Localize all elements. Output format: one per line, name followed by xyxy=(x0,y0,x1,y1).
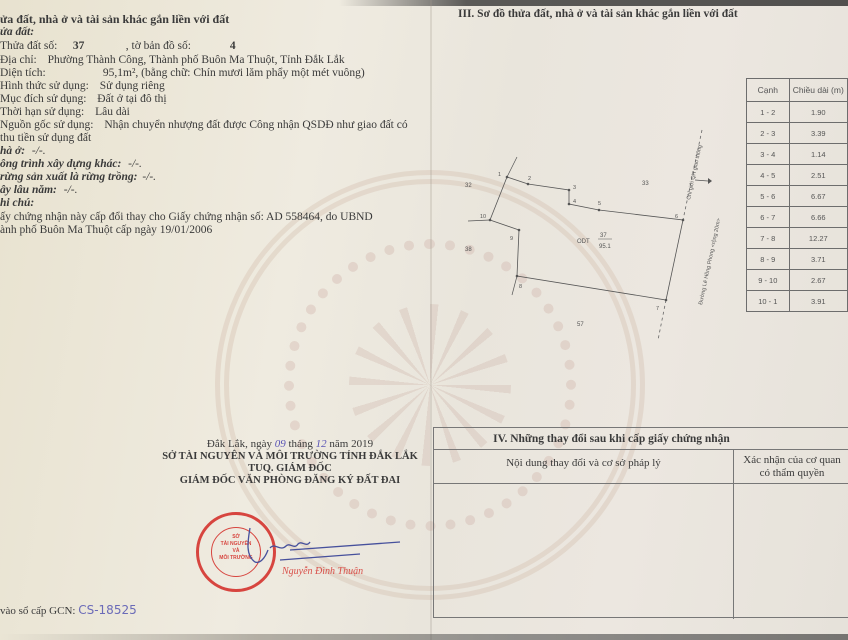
origin-label: Nguồn gốc sử dụng: xyxy=(0,119,93,131)
issuing-authority: SỞ TÀI NGUYÊN VÀ MÔI TRƯỜNG TỈNH ĐẮK LẮK xyxy=(140,451,440,462)
header-length: Chiều dài (m) xyxy=(789,79,847,102)
neighbor-parcel: 33 xyxy=(642,181,649,187)
edge-cell: 4 - 5 xyxy=(747,165,790,186)
edge-cell: 7 - 8 xyxy=(747,228,790,249)
parcel-land-code: ODT xyxy=(577,239,590,245)
changes-title: IV. Những thay đổi sau khi cấp giấy chứn… xyxy=(434,428,848,450)
perennial-value: -/-. xyxy=(64,184,78,196)
length-cell: 2.51 xyxy=(789,165,847,186)
usage-form-label: Hình thức sử dụng: xyxy=(0,80,89,92)
usage-term-row: Thời hạn sử dụng: Lâu dài xyxy=(0,106,130,118)
gcn-label: vào sổ cấp GCN: xyxy=(0,605,75,617)
table-row: 7 - 812.27 xyxy=(747,228,848,249)
changes-table: IV. Những thay đổi sau khi cấp giấy chứn… xyxy=(433,427,848,618)
length-cell: 2.67 xyxy=(789,270,847,291)
issue-date: Đắk Lắk, ngày 09 tháng 12 năm 2019 xyxy=(140,438,440,450)
map-label: , tờ bản đồ số: xyxy=(126,40,191,52)
date-month: 12 xyxy=(316,438,327,450)
table-row: 1 - 21.90 xyxy=(747,102,848,123)
notes-label: hi chú: xyxy=(0,197,34,209)
length-cell: 12.27 xyxy=(789,228,847,249)
forest-row: rừng sản xuất là rừng trồng: -/-. xyxy=(0,171,156,183)
parcel-diagram: 1 2 3 4 5 6 7 8 9 10 32 33 38 57 ODT 37 … xyxy=(440,100,740,340)
gcn-register: vào sổ cấp GCN: CS-18525 xyxy=(0,603,137,617)
date-month-label: tháng xyxy=(288,438,312,450)
house-value: -/-. xyxy=(32,145,46,157)
table-row: 4 - 52.51 xyxy=(747,165,848,186)
perennial-label: ây lâu năm: xyxy=(0,184,57,196)
other-works-value: -/-. xyxy=(128,158,142,170)
header-edge: Cạnh xyxy=(747,79,790,102)
point-label: 10 xyxy=(480,214,486,220)
address-value: Phường Thành Công, Thành phố Buôn Ma Thu… xyxy=(48,54,345,66)
changes-col-content: Nội dung thay đổi và cơ sở pháp lý xyxy=(434,450,734,484)
signature-block: Đắk Lắk, ngày 09 tháng 12 năm 2019 SỞ TÀ… xyxy=(140,438,440,486)
length-cell: 3.91 xyxy=(789,291,847,312)
parcel-row: Thửa đất số: 37 , tờ bản đồ số: 4 xyxy=(0,40,236,52)
road-label: Đường Lê Hồng Phong <rộng 20m> xyxy=(698,218,722,306)
neighbor-parcel: 57 xyxy=(577,322,584,328)
length-cell: 3.39 xyxy=(789,123,847,144)
section-heading: ửa đất, nhà ở và tài sản khác gắn liền v… xyxy=(0,12,229,27)
changes-confirmation-cell xyxy=(734,484,848,619)
perennial-row: ây lâu năm: -/-. xyxy=(0,184,77,196)
page-fold xyxy=(430,0,432,640)
parcel-number: 37 xyxy=(73,40,123,52)
confirmation-line-1: Xác nhận của cơ quan xyxy=(734,454,848,467)
point-label: 5 xyxy=(598,201,601,207)
house-row: hà ở: -/-. xyxy=(0,145,46,157)
usage-form-row: Hình thức sử dụng: Sử dụng riêng xyxy=(0,80,165,92)
other-works-row: ông trình xây dựng khác: -/-. xyxy=(0,158,142,170)
authority-title: TUQ. GIÁM ĐỐC xyxy=(140,463,440,474)
house-label: hà ở: xyxy=(0,145,25,157)
date-day: 09 xyxy=(275,438,286,450)
point-label: 1 xyxy=(498,172,501,178)
usage-purpose-label: Mục đích sử dụng: xyxy=(0,93,86,105)
edge-length-table: Cạnh Chiều dài (m) 1 - 21.902 - 33.393 -… xyxy=(746,78,848,312)
table-row: 10 - 13.91 xyxy=(747,291,848,312)
point-label: 4 xyxy=(573,199,576,205)
area-label: Diện tích: xyxy=(0,67,62,79)
usage-purpose-row: Mục đích sử dụng: Đất ở tại đô thị xyxy=(0,93,167,105)
other-works-label: ông trình xây dựng khác: xyxy=(0,158,121,170)
table-row: 9 - 102.67 xyxy=(747,270,848,291)
notes-line-2: ành phố Buôn Ma Thuột cấp ngày 19/01/200… xyxy=(0,224,212,236)
usage-form-value: Sử dụng riêng xyxy=(100,80,165,92)
neighbor-parcel: 32 xyxy=(465,183,472,189)
office-title: GIÁM ĐỐC VĂN PHÒNG ĐĂNG KÝ ĐẤT ĐAI xyxy=(140,475,440,486)
boundary-label: Chỉ giới QH giao thông xyxy=(685,144,703,200)
origin-row-cont: thu tiền sử dụng đất xyxy=(0,132,91,144)
photo-edge-top xyxy=(0,0,848,6)
edge-cell: 5 - 6 xyxy=(747,186,790,207)
length-cell: 1.14 xyxy=(789,144,847,165)
edge-cell: 6 - 7 xyxy=(747,207,790,228)
map-number: 4 xyxy=(230,40,236,52)
table-row: 5 - 66.67 xyxy=(747,186,848,207)
origin-row: Nguồn gốc sử dụng: Nhận chuyển nhượng đấ… xyxy=(0,119,408,131)
table-header-row: Cạnh Chiều dài (m) xyxy=(747,79,848,102)
usage-term-label: Thời hạn sử dụng: xyxy=(0,106,84,118)
photo-edge-bottom xyxy=(0,634,848,640)
notes-line-1: ấy chứng nhận này cấp đổi thay cho Giấy … xyxy=(0,211,373,223)
usage-term-value: Lâu dài xyxy=(95,106,130,118)
plan-title: III. Sơ đồ thửa đất, nhà ở và tài sản kh… xyxy=(458,8,738,20)
point-label: 7 xyxy=(656,306,659,312)
length-cell: 3.71 xyxy=(789,249,847,270)
area-row: Diện tích: 95,1m², (bằng chữ: Chín mươi … xyxy=(0,67,365,79)
address-row: Địa chỉ: Phường Thành Công, Thành phố Bu… xyxy=(0,54,345,66)
subheading: ửa đất: xyxy=(0,26,34,38)
point-label: 6 xyxy=(675,214,678,220)
edge-cell: 2 - 3 xyxy=(747,123,790,144)
parcel-number-label: 37 xyxy=(600,233,607,239)
point-label: 8 xyxy=(519,284,522,290)
signer-name: Nguyễn Đình Thuận xyxy=(282,566,363,577)
point-label: 9 xyxy=(510,236,513,242)
confirmation-line-2: có thẩm quyền xyxy=(734,467,848,480)
forest-value: -/-. xyxy=(142,171,156,183)
edge-cell: 9 - 10 xyxy=(747,270,790,291)
changes-content-cell xyxy=(434,484,734,619)
address-label: Địa chỉ: xyxy=(0,54,37,66)
point-label: 3 xyxy=(573,185,576,191)
point-label: 2 xyxy=(528,176,531,182)
origin-value: Nhận chuyển nhượng đất được Công nhận QS… xyxy=(104,119,407,131)
parcel-area-label: 95.1 xyxy=(599,244,611,250)
length-cell: 1.90 xyxy=(789,102,847,123)
date-prefix: Đắk Lắk, ngày xyxy=(207,438,272,450)
table-row: 8 - 93.71 xyxy=(747,249,848,270)
parcel-label: Thửa đất số: xyxy=(0,40,60,52)
edge-cell: 1 - 2 xyxy=(747,102,790,123)
area-value: 95,1m², (bằng chữ: Chín mươi lăm phẩy mộ… xyxy=(103,67,365,79)
edge-cell: 8 - 9 xyxy=(747,249,790,270)
date-year: năm 2019 xyxy=(329,438,373,450)
table-row: 3 - 41.14 xyxy=(747,144,848,165)
table-row: 6 - 76.66 xyxy=(747,207,848,228)
length-cell: 6.67 xyxy=(789,186,847,207)
length-cell: 6.66 xyxy=(789,207,847,228)
table-row: 2 - 33.39 xyxy=(747,123,848,144)
gcn-number: CS-18525 xyxy=(78,603,137,617)
forest-label: rừng sản xuất là rừng trồng: xyxy=(0,171,137,183)
neighbor-parcel: 38 xyxy=(465,247,472,253)
changes-col-confirmation: Xác nhận của cơ quan có thẩm quyền xyxy=(734,450,848,484)
usage-purpose-value: Đất ở tại đô thị xyxy=(97,93,166,105)
edge-cell: 10 - 1 xyxy=(747,291,790,312)
edge-cell: 3 - 4 xyxy=(747,144,790,165)
